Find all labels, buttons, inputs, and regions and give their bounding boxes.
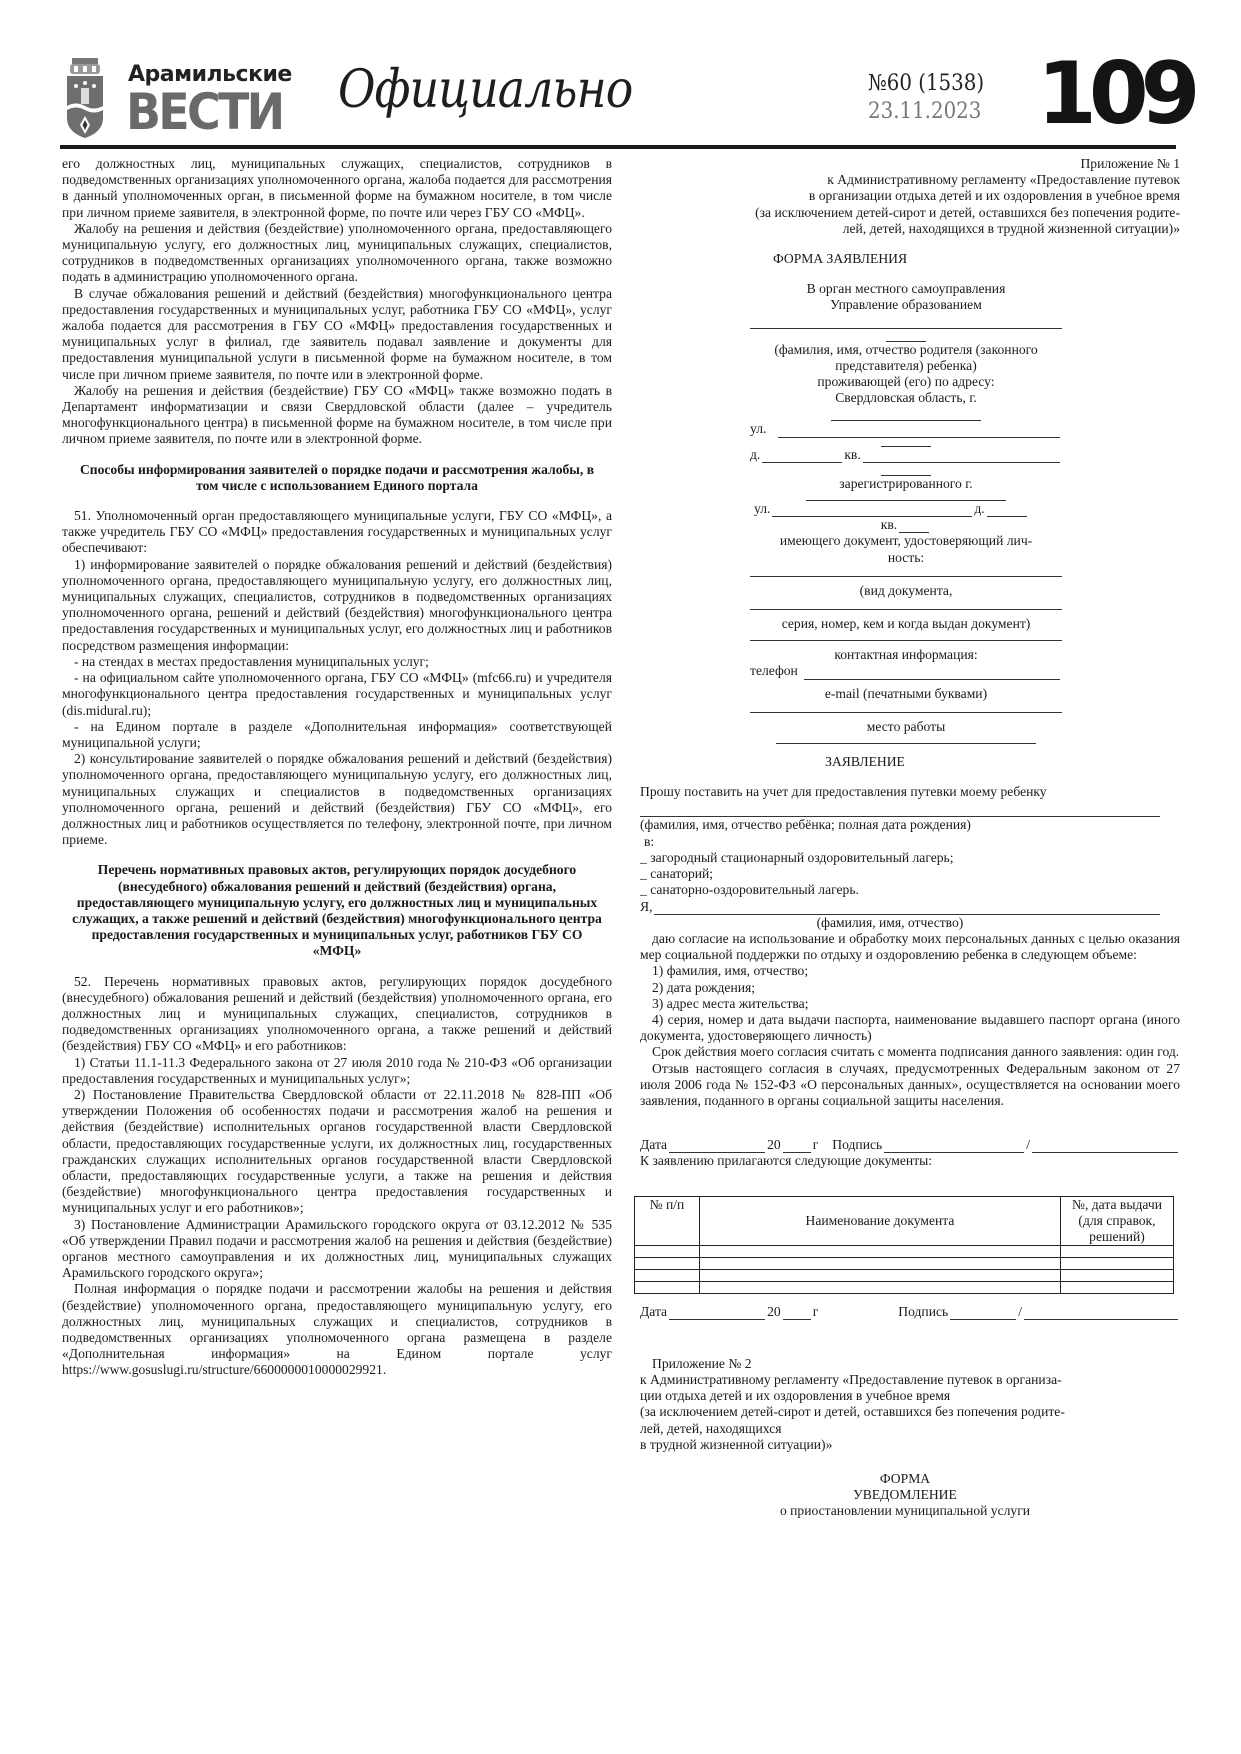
newspaper-page: Арамильские ВЕСТИ Официально №60 (1538) … — [0, 0, 1241, 1754]
paragraph: 51. Уполномоченный орган предоставляющег… — [62, 508, 612, 557]
paragraph-group: 52. Перечень нормативных правовых актов,… — [62, 974, 612, 1379]
camp-option: _ санаторий; — [640, 866, 1180, 882]
table-cell[interactable] — [1061, 1257, 1174, 1269]
paragraph: 52. Перечень нормативных правовых актов,… — [62, 974, 612, 1055]
addressee-line: Управление образованием — [750, 297, 1062, 313]
year-prefix: 20 — [767, 1304, 781, 1320]
table-row — [635, 1257, 1174, 1269]
phone-field[interactable] — [804, 667, 1060, 680]
signature-field[interactable] — [884, 1140, 1024, 1153]
year-field[interactable] — [783, 1140, 811, 1153]
reg-apt-row: кв. — [750, 517, 1062, 533]
paragraph: 1) фамилия, имя, отчество; — [640, 963, 1180, 979]
phone-label: телефон — [750, 663, 798, 679]
fio-parent-field[interactable] — [886, 335, 926, 342]
applicant-block: В орган местного самоуправления Управлен… — [750, 281, 1062, 744]
house-field[interactable] — [762, 450, 842, 463]
signature-field[interactable] — [950, 1307, 1016, 1320]
documents-table: № п/п Наименование документа №, дата выд… — [634, 1196, 1174, 1294]
child-name-field[interactable] — [640, 800, 1160, 817]
signature-label: Подпись — [898, 1304, 948, 1320]
table-header-row: № п/п Наименование документа №, дата выд… — [635, 1196, 1174, 1245]
child-caption: (фамилия, имя, отчество ребёнка; полная … — [640, 817, 1180, 833]
name-caption: (фамилия, имя, отчество) — [640, 915, 1180, 931]
paragraph: Срок действия моего согласия считать с м… — [640, 1044, 1180, 1060]
paragraph: 1) Статьи 11.1-11.3 Федерального закона … — [62, 1055, 612, 1087]
street-field[interactable] — [778, 425, 1060, 438]
date-label: Дата — [640, 1304, 667, 1320]
request-text: Прошу поставить на учет для предоставлен… — [640, 784, 1180, 800]
notice-title: УВЕДОМЛЕНИЕ — [640, 1487, 1180, 1503]
paragraph: - на Едином портале в разделе «Дополните… — [62, 719, 612, 751]
camp-options: _ загородный стационарный оздоровительны… — [640, 850, 1180, 899]
id-doc-label: имеющего документ, удостоверяющий лич- — [750, 533, 1062, 549]
table-row — [635, 1245, 1174, 1257]
col-header-number: № п/п — [635, 1196, 700, 1245]
street-label: ул. — [750, 421, 766, 437]
table-cell[interactable] — [635, 1245, 700, 1257]
reg-street-field[interactable] — [772, 504, 972, 517]
paragraph: В случае обжалования решений и действий … — [62, 286, 612, 383]
table-cell[interactable] — [700, 1257, 1061, 1269]
applicant-caption: представителя) ребенка) — [750, 358, 1062, 374]
form-title: ФОРМА ЗАЯВЛЕНИЯ — [640, 251, 1180, 267]
house-label: д. — [750, 447, 760, 463]
date-signature-row: Дата 20 г Подпись / — [640, 1137, 1180, 1153]
coat-of-arms-icon — [64, 56, 106, 140]
appendix-line: (за исключением детей-сирот и детей, ост… — [640, 1404, 1180, 1420]
reg-street-row: ул. д. — [750, 501, 1062, 517]
issue-info: №60 (1538) 23.11.2023 — [868, 70, 984, 126]
paragraph: - на стендах в местах предоставления мун… — [62, 654, 612, 670]
appendix-line: ции отдыха детей и их оздоровления в уче… — [640, 1388, 1180, 1404]
appendix-line: к Административному регламенту «Предоста… — [640, 1372, 1180, 1388]
doc-type-label: (вид документа, — [750, 583, 1062, 599]
divider — [881, 463, 931, 476]
appendix-2-header: Приложение № 2 к Административному регла… — [640, 1356, 1180, 1453]
i-row: Я, — [640, 899, 1180, 915]
paragraph: 2) Постановление Правительства Свердловс… — [62, 1087, 612, 1217]
signature-decode-field[interactable] — [1024, 1307, 1178, 1320]
date-field[interactable] — [669, 1140, 765, 1153]
camp-option: _ загородный стационарный оздоровительны… — [640, 850, 1180, 866]
year-suffix: г — [813, 1137, 819, 1153]
house-row: д. кв. — [750, 447, 1062, 463]
workplace-label: место работы — [750, 719, 1062, 735]
table-cell[interactable] — [700, 1281, 1061, 1293]
id-doc-field[interactable] — [750, 566, 1062, 577]
table-cell[interactable] — [700, 1269, 1061, 1281]
paragraph: Полная информация о порядке подачи и рас… — [62, 1281, 612, 1378]
reg-house-field[interactable] — [987, 504, 1027, 517]
year-suffix: г — [813, 1304, 819, 1320]
email-field[interactable] — [750, 702, 1062, 713]
appendix-line: к Административному регламенту «Предоста… — [640, 172, 1180, 188]
city-field[interactable] — [831, 406, 981, 421]
attached-label: К заявлению прилагаются следующие докуме… — [640, 1153, 1180, 1169]
signature-label: Подпись — [832, 1137, 882, 1153]
appendix-1-header: Приложение № 1 к Административному регла… — [640, 156, 1180, 237]
date-field[interactable] — [669, 1307, 765, 1320]
slash: / — [1026, 1137, 1030, 1153]
section-heading: Перечень нормативных правовых актов, рег… — [68, 862, 606, 959]
doc-details-field[interactable] — [750, 632, 1062, 641]
email-label: e-mail (печатными буквами) — [750, 686, 1062, 702]
left-column: его должностных лиц, муниципальных служа… — [62, 156, 612, 1379]
year-field[interactable] — [783, 1307, 811, 1320]
appendix-line: в трудной жизненной ситуации)» — [640, 1437, 1180, 1453]
in-label: в: — [640, 834, 1180, 850]
col-header-name: Наименование документа — [700, 1196, 1061, 1245]
paragraph: - на официальном сайте уполномоченного о… — [62, 670, 612, 719]
header-rule — [60, 145, 1176, 149]
table-cell[interactable] — [635, 1281, 700, 1293]
applicant-caption: проживающей (его) по адресу: — [750, 374, 1062, 390]
street-label: ул. — [754, 501, 770, 517]
masthead: Арамильские ВЕСТИ Официально №60 (1538) … — [60, 52, 1178, 146]
page-number: 109 — [1037, 44, 1193, 144]
paragraph: 3) Постановление Администрации Арамильск… — [62, 1217, 612, 1282]
issue-date: 23.11.2023 — [868, 98, 984, 126]
apt-field[interactable] — [863, 450, 1060, 463]
section-heading: Способы информирования заявителей о поря… — [68, 462, 606, 494]
table-row — [635, 1281, 1174, 1293]
doc-type-field[interactable] — [750, 599, 1062, 610]
appendix-title: Приложение № 2 — [640, 1356, 1180, 1372]
paragraph: 3) адрес места жительства; — [640, 996, 1180, 1012]
paragraph-group: 51. Уполномоченный орган предоставляющег… — [62, 508, 612, 848]
date-label: Дата — [640, 1137, 667, 1153]
paragraph: Жалобу на решения и действия (бездействи… — [62, 221, 612, 286]
section-title: Официально — [338, 60, 632, 120]
paragraph: даю согласие на использование и обработк… — [640, 931, 1180, 963]
appendix-line: лей, детей, находящихся в трудной жизнен… — [640, 221, 1180, 237]
paragraph: Отзыв настоящего согласия в случаях, пре… — [640, 1061, 1180, 1110]
registered-city-field[interactable] — [806, 492, 1006, 501]
reg-apt-field[interactable] — [899, 520, 929, 533]
workplace-field[interactable] — [776, 735, 1036, 744]
paragraph-group: его должностных лиц, муниципальных служа… — [62, 156, 612, 448]
appendix-line: лей, детей, находящихся — [640, 1421, 1180, 1437]
contact-label: контактная информация: — [750, 647, 1062, 663]
right-column: Приложение № 1 к Административному регла… — [640, 156, 1180, 1520]
appendix-line: в организации отдыха детей и их оздоровл… — [640, 188, 1180, 204]
id-doc-label: ность: — [750, 550, 1062, 566]
appendix-line: (за исключением детей-сирот и детей, ост… — [640, 205, 1180, 221]
table-cell[interactable] — [1061, 1281, 1174, 1293]
slash: / — [1018, 1304, 1022, 1320]
paragraph: 2) дата рождения; — [640, 980, 1180, 996]
table-cell[interactable] — [700, 1245, 1061, 1257]
applicant-caption: Свердловская область, г. — [750, 390, 1062, 406]
consent-block: даю согласие на использование и обработк… — [640, 931, 1180, 1109]
apt-label: кв. — [881, 517, 897, 533]
divider — [881, 438, 931, 447]
phone-row: телефон — [750, 663, 1062, 679]
notice-subtitle: о приостановлении муниципальной услуги — [640, 1503, 1180, 1519]
table-cell[interactable] — [1061, 1269, 1174, 1281]
appendix-title: Приложение № 1 — [640, 156, 1180, 172]
apt-label: кв. — [844, 447, 860, 463]
table-cell[interactable] — [635, 1257, 700, 1269]
issue-number: №60 (1538) — [868, 70, 984, 98]
applicant-caption: (фамилия, имя, отчество родителя (законн… — [750, 342, 1062, 358]
newspaper-logo: Арамильские ВЕСТИ — [64, 56, 296, 142]
paragraph: Жалобу на решения и действия (бездействи… — [62, 383, 612, 448]
date-signature-row-2: Дата 20 г Подпись / — [640, 1304, 1180, 1320]
col-header-date: №, дата выдачи (для справок, решений) — [1061, 1196, 1174, 1245]
statement-title: ЗАЯВЛЕНИЕ — [640, 754, 1180, 770]
addressee-line: В орган местного самоуправления — [750, 281, 1062, 297]
paragraph: 1) информирование заявителей о порядке о… — [62, 557, 612, 654]
signature-decode-field[interactable] — [1032, 1140, 1178, 1153]
table-cell[interactable] — [1061, 1245, 1174, 1257]
year-prefix: 20 — [767, 1137, 781, 1153]
table-cell[interactable] — [635, 1269, 700, 1281]
brand-name-big: ВЕСТИ — [126, 84, 282, 140]
registered-label: зарегистрированного г. — [750, 476, 1062, 492]
table-row — [635, 1269, 1174, 1281]
camp-option: _ санаторно-оздоровительный лагерь. — [640, 882, 1180, 898]
house-label: д. — [974, 501, 984, 517]
paragraph: 2) консультирование заявителей о порядке… — [62, 751, 612, 848]
doc-details-label: серия, номер, кем и когда выдан документ… — [750, 616, 1062, 632]
addressee-field[interactable] — [750, 314, 1062, 329]
signer-name-field[interactable] — [654, 902, 1160, 915]
paragraph: его должностных лиц, муниципальных служа… — [62, 156, 612, 221]
i-label: Я, — [640, 899, 652, 915]
street-row: ул. — [750, 421, 1062, 437]
paragraph: 4) серия, номер и дата выдачи паспорта, … — [640, 1012, 1180, 1044]
notice-title: ФОРМА — [640, 1471, 1180, 1487]
